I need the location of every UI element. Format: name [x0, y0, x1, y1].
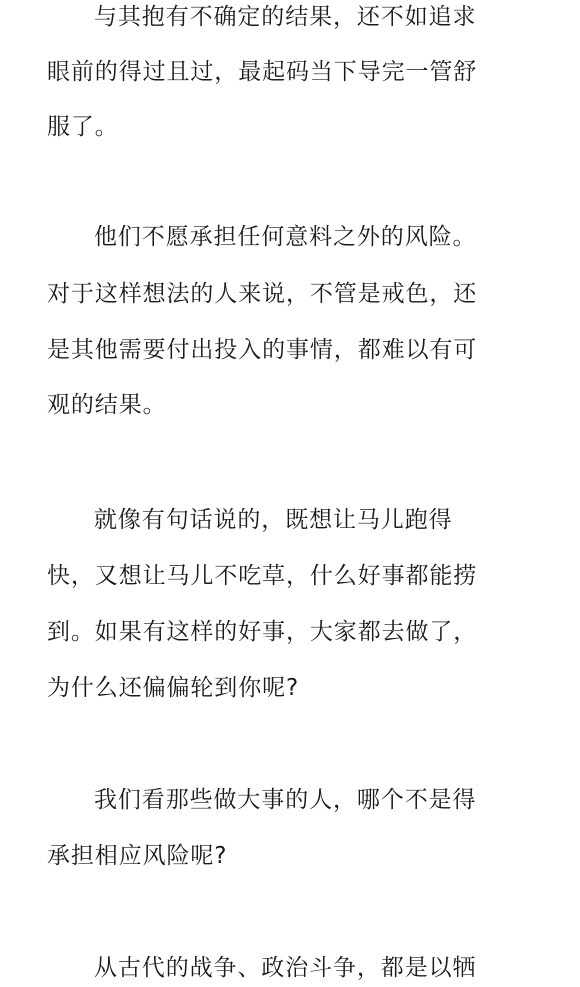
text-line: 观的结果。 — [47, 390, 167, 420]
text-line: 我们看那些做大事的人，哪个不是得 — [94, 785, 476, 815]
text-line: 就像有句话说的，既想让马儿跑得 — [94, 505, 453, 535]
text-line: 到。如果有这样的好事，大家都去做了， — [47, 617, 477, 647]
text-line: 眼前的得过且过，最起码当下导完一管舒 — [47, 57, 477, 87]
text-line: 承担相应风险呢? — [47, 841, 227, 871]
text-line: 他们不愿承担任何意料之外的风险。 — [94, 222, 476, 252]
text-line: 是其他需要付出投入的事情，都难以有可 — [47, 335, 477, 365]
text-line: 对于这样想法的人来说，不管是戒色，还 — [47, 279, 477, 309]
text-line: 从古代的战争、政治斗争，都是以牺 — [94, 953, 476, 983]
text-line: 服了。 — [47, 112, 119, 142]
text-line: 与其抱有不确定的结果，还不如追求 — [94, 2, 476, 32]
text-line: 为什么还偏偏轮到你呢? — [47, 673, 299, 703]
text-line: 快，又想让马儿不吃草，什么好事都能捞 — [47, 561, 477, 591]
